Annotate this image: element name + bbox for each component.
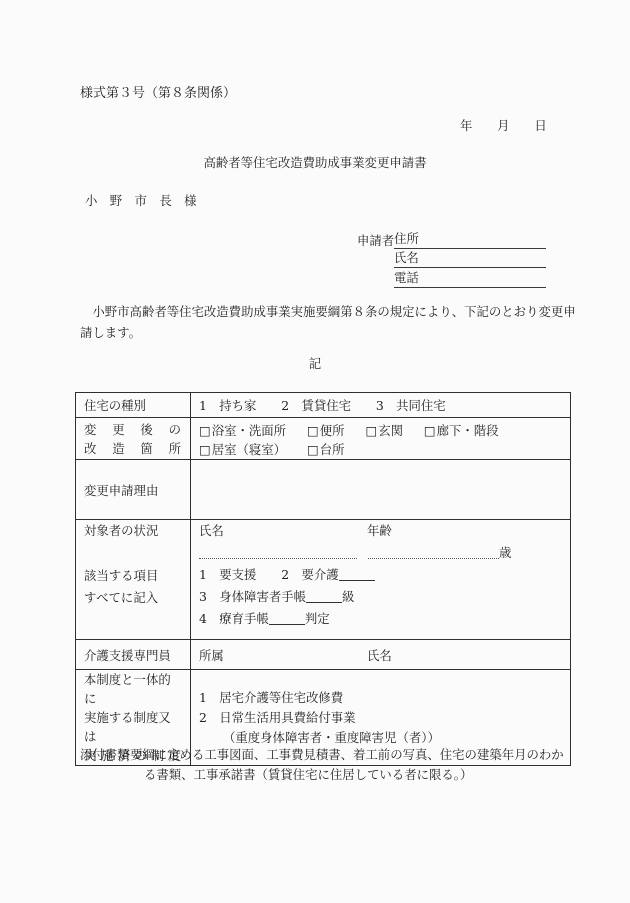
applicant-name-line: 氏名	[357, 249, 546, 269]
related-program-2: 2 日常生活用具費給付事業	[199, 708, 570, 728]
care-manager-name-label: 氏名	[367, 648, 392, 663]
row-change-reason: 変更申請理由	[76, 460, 571, 520]
target-fill-line: 歳	[199, 542, 570, 564]
change-reason-field	[191, 460, 571, 520]
renovation-option-label: 廊下・階段	[437, 423, 499, 438]
target-status-label-top: 対象者の状況	[84, 520, 190, 542]
form-number: 様式第３号（第８条関係）	[80, 82, 236, 101]
row-care-manager: 介護支援専門員 所属氏名	[76, 640, 571, 670]
form-page: 様式第３号（第８条関係） 年 月 日 高齢者等住宅改造費助成事業変更申請書 小 …	[0, 0, 630, 903]
phone-label: 電話	[394, 270, 419, 285]
checkbox-icon: □	[307, 423, 319, 438]
label-spacer	[84, 542, 190, 565]
target-item-2: 3 身体障害者手帳級	[199, 586, 570, 608]
housing-type-label: 住宅の種別	[76, 393, 191, 418]
applicant-prefix: 申請者	[357, 231, 394, 249]
checkbox-icon: □	[199, 442, 211, 457]
applicant-block: 申請者 住所 氏名 電話	[357, 229, 546, 288]
intro-paragraph: 小野市高齢者等住宅改造費助成事業実施要綱第８条の規定により、下記のとおり変更申 …	[80, 302, 576, 343]
renovation-option: □廊下・階段	[424, 423, 499, 438]
renovation-options-row-2: □居室（寝室） □台所	[199, 441, 570, 460]
renovation-areas-options: □浴室・洗面所 □便所 □玄関 □廊下・階段 □居室（寝室） □台所	[191, 418, 571, 460]
housing-type-options: 1 持ち家 2 賃貸住宅 3 共同住宅	[191, 393, 571, 418]
applicant-name-field: 氏名	[394, 248, 546, 268]
record-marker: 記	[0, 354, 630, 372]
renovation-label-line-1: 変更後の	[84, 420, 190, 439]
row-renovation-areas: 変更後の 改造箇所 □浴室・洗面所 □便所 □玄関 □廊下・階段 □居室（寝室）…	[76, 418, 571, 460]
renovation-option: □便所	[307, 423, 345, 438]
attachments-line-1: 要綱に定める工事図面、工事費見積書、着工前の写真、住宅の建築年月のわか	[130, 745, 564, 765]
target-status-label-mid: 該当する項目	[84, 565, 190, 587]
disability-grade-fill-field	[306, 590, 342, 603]
row-housing-type: 住宅の種別 1 持ち家 2 賃貸住宅 3 共同住宅	[76, 393, 571, 418]
attachments-label: 添付書類	[80, 745, 130, 785]
care-level-options: 1 要支援 2 要介護	[199, 567, 339, 582]
renovation-option-label: 玄関	[378, 423, 403, 438]
related-program-1: 1 居宅介護等住宅改修費	[199, 688, 570, 708]
rehab-judgement-suffix: 判定	[305, 611, 330, 626]
renovation-option-label: 浴室・洗面所	[212, 423, 286, 438]
target-item-3: 4 療育手帳判定	[199, 608, 570, 630]
care-manager-content: 所属氏名	[191, 640, 571, 670]
target-age-label: 年齢	[367, 523, 392, 538]
target-status-label-bottom: すべてに記入	[84, 587, 190, 609]
applicant-address-line: 申請者 住所	[357, 229, 546, 249]
renovation-option: □台所	[307, 442, 345, 457]
row-target-status: 対象者の状況 該当する項目 すべてに記入 氏名年齢 歳 1 要支援 2 要介護 …	[76, 520, 571, 640]
rehab-judgement-fill-field	[269, 612, 305, 625]
main-form-table: 住宅の種別 1 持ち家 2 賃貸住宅 3 共同住宅 変更後の 改造箇所 □浴室・…	[75, 392, 571, 766]
target-name-age-line: 氏名年齢	[199, 520, 570, 542]
applicant-address-field: 住所	[394, 229, 546, 249]
affiliation-label: 所属	[199, 646, 367, 664]
attachments-body: 要綱に定める工事図面、工事費見積書、着工前の写真、住宅の建築年月のわか る書類、…	[130, 745, 564, 785]
renovation-option: □玄関	[365, 423, 403, 438]
intro-line-1: 小野市高齢者等住宅改造費助成事業実施要綱第８条の規定により、下記のとおり変更申	[80, 302, 576, 323]
renovation-option-label: 台所	[320, 442, 345, 457]
renovation-option: □居室（寝室）	[199, 442, 286, 457]
care-manager-label: 介護支援専門員	[76, 640, 191, 670]
checkbox-icon: □	[199, 423, 211, 438]
age-suffix: 歳	[499, 545, 511, 560]
age-fill-field	[368, 548, 499, 559]
checkbox-icon: □	[424, 423, 436, 438]
checkbox-icon: □	[365, 423, 377, 438]
renovation-areas-label: 変更後の 改造箇所	[76, 418, 191, 460]
renovation-options-row-1: □浴室・洗面所 □便所 □玄関 □廊下・階段	[199, 422, 570, 441]
change-reason-label: 変更申請理由	[76, 460, 191, 520]
rehab-certificate-label: 4 療育手帳	[199, 611, 269, 626]
renovation-option-label: 便所	[320, 423, 345, 438]
addressee: 小 野 市 長 様	[85, 191, 197, 209]
attachments-line-2: る書類、工事承諾書（賃貸住宅に住居している者に限る。）	[130, 765, 564, 785]
intro-line-2: 請します。	[80, 323, 576, 344]
name-fill-field	[199, 548, 357, 559]
renovation-option: □浴室・洗面所	[199, 423, 286, 438]
applicant-phone-line: 電話	[357, 268, 546, 288]
renovation-label-line-2: 改造箇所	[84, 439, 190, 458]
target-status-label: 対象者の状況 該当する項目 すべてに記入	[76, 520, 191, 640]
renovation-option-label: 居室（寝室）	[212, 442, 286, 457]
disability-certificate-label: 3 身体障害者手帳	[199, 589, 306, 604]
address-label: 住所	[394, 231, 419, 246]
checkbox-icon: □	[307, 442, 319, 457]
related-label-line-1: 本制度と一体的に	[84, 670, 190, 708]
applicant-phone-field: 電話	[394, 268, 546, 288]
page-title: 高齢者等住宅改造費助成事業変更申請書	[0, 153, 630, 171]
care-level-fill-field	[339, 568, 375, 581]
date-line: 年 月 日	[460, 116, 547, 134]
name-label: 氏名	[394, 250, 419, 265]
disability-grade-suffix: 級	[342, 589, 354, 604]
attachments-note: 添付書類 要綱に定める工事図面、工事費見積書、着工前の写真、住宅の建築年月のわか…	[80, 745, 564, 785]
target-name-label: 氏名	[199, 520, 367, 542]
target-item-1: 1 要支援 2 要介護	[199, 564, 570, 586]
related-label-line-2: 実施する制度又は	[84, 708, 190, 746]
target-status-content: 氏名年齢 歳 1 要支援 2 要介護 3 身体障害者手帳級 4 療育手帳判定	[191, 520, 571, 640]
